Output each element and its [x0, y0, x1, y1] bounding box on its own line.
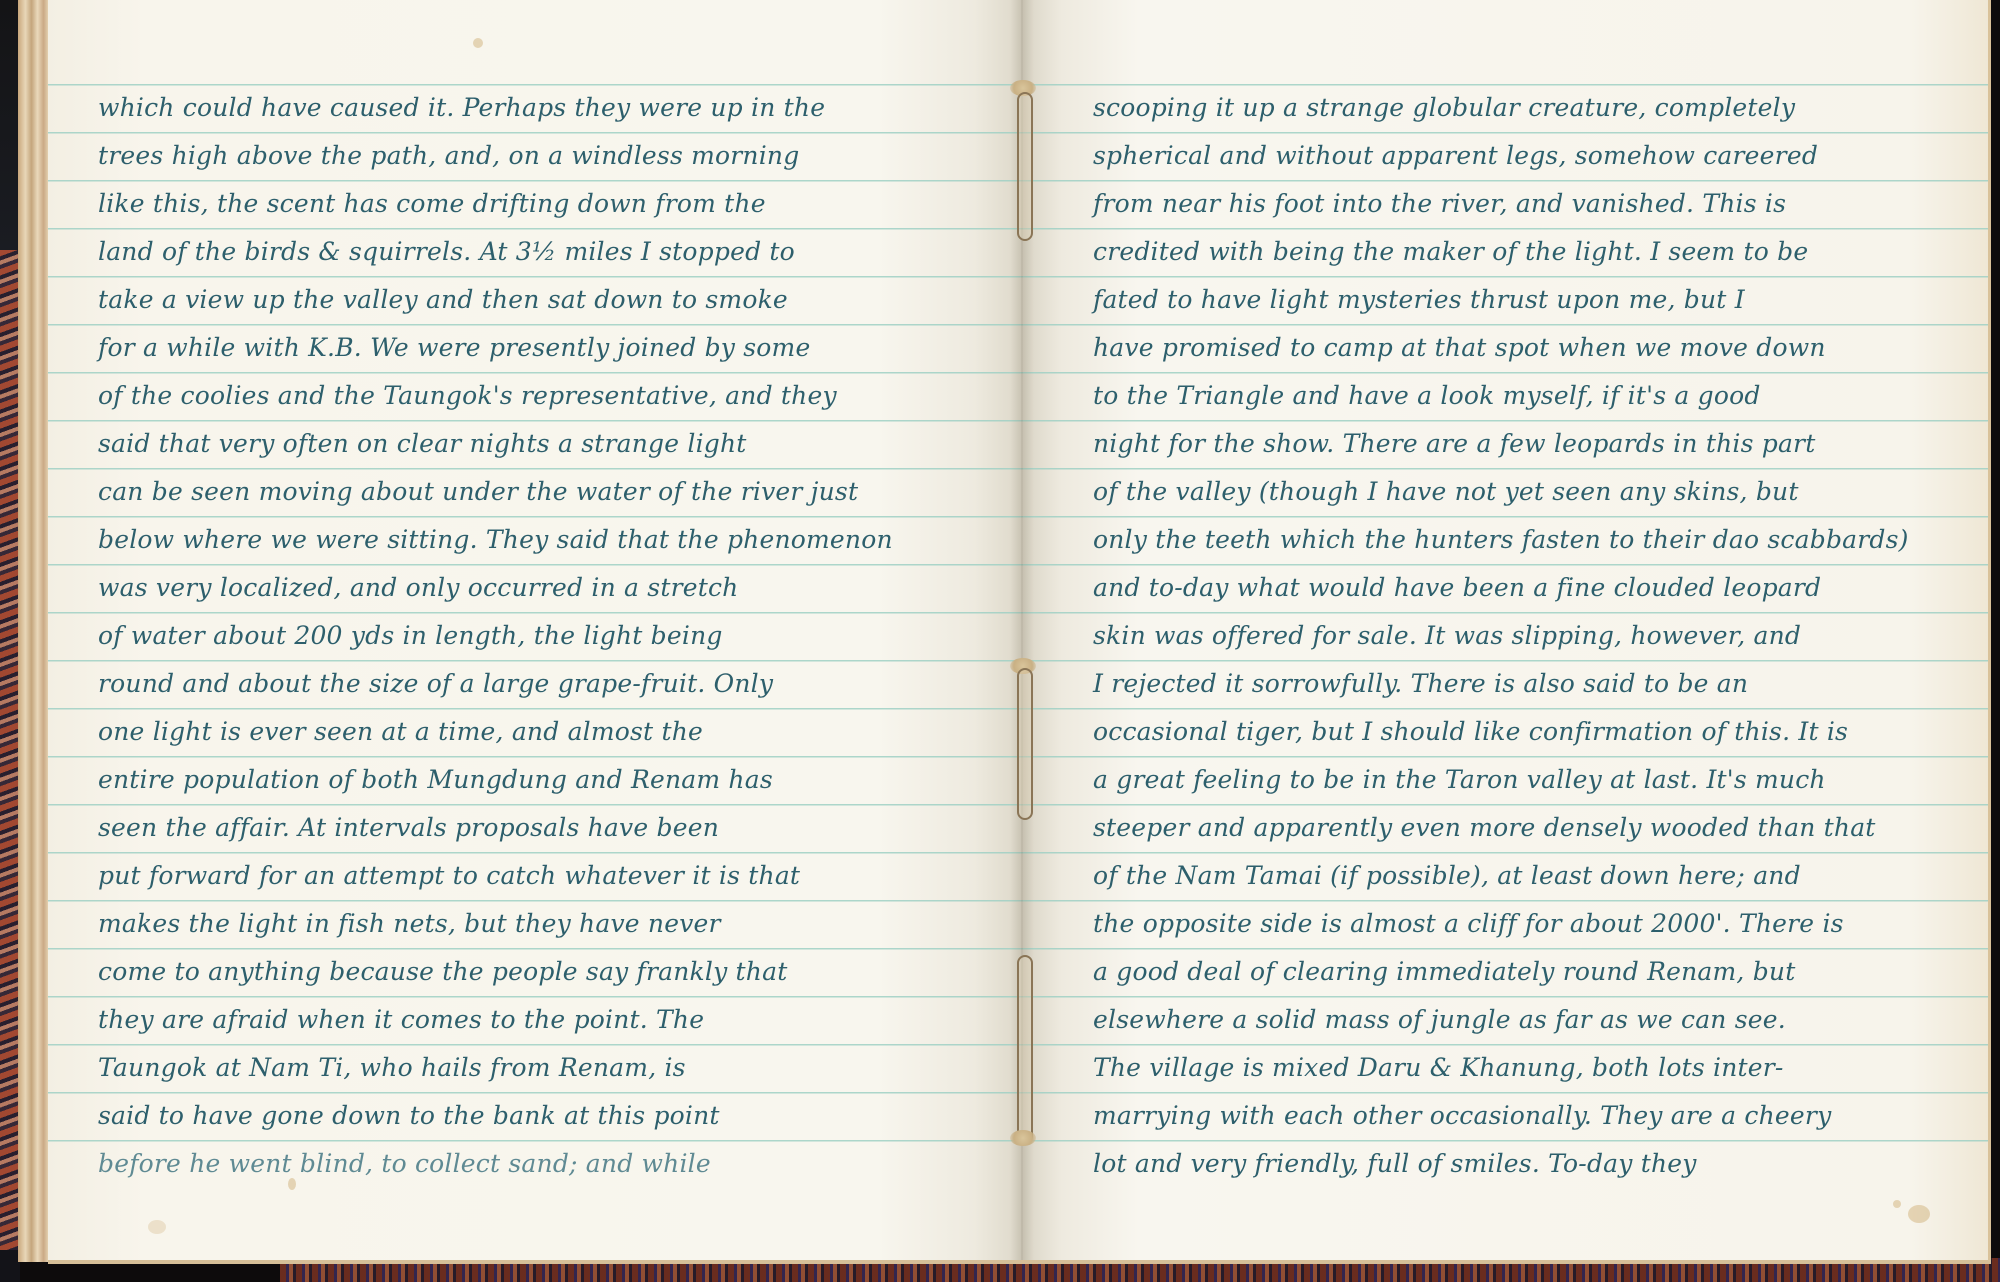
- handwritten-line: take a view up the valley and then sat d…: [98, 276, 1023, 324]
- handwritten-line: scooping it up a strange globular creatu…: [1093, 84, 1988, 132]
- left-page: which could have caused it. Perhaps they…: [48, 0, 1023, 1264]
- binding-stitch: [1017, 955, 1033, 1144]
- binding-stitch: [1017, 668, 1033, 820]
- handwritten-line: seen the affair. At intervals proposals …: [98, 804, 1023, 852]
- handwritten-line: to the Triangle and have a look myself, …: [1093, 372, 1988, 420]
- handwritten-line: from near his foot into the river, and v…: [1093, 180, 1988, 228]
- handwritten-line: lot and very friendly, full of smiles. T…: [1093, 1140, 1988, 1188]
- notebook-scan: which could have caused it. Perhaps they…: [0, 0, 2000, 1282]
- handwritten-line: a great feeling to be in the Taron valle…: [1093, 756, 1988, 804]
- handwritten-line: come to anything because the people say …: [98, 948, 1023, 996]
- handwritten-line: steeper and apparently even more densely…: [1093, 804, 1988, 852]
- handwritten-line: fated to have light mysteries thrust upo…: [1093, 276, 1988, 324]
- right-page: scooping it up a strange globular creatu…: [1023, 0, 1991, 1264]
- handwritten-line: round and about the size of a large grap…: [98, 660, 1023, 708]
- handwritten-line: marrying with each other occasionally. T…: [1093, 1092, 1988, 1140]
- handwritten-line: a good deal of clearing immediately roun…: [1093, 948, 1988, 996]
- marbled-edge-left: [0, 250, 18, 1250]
- handwritten-line: and to-day what would have been a fine c…: [1093, 564, 1988, 612]
- handwritten-line: of water about 200 yds in length, the li…: [98, 612, 1023, 660]
- handwritten-line: the opposite side is almost a cliff for …: [1093, 900, 1988, 948]
- right-page-text: scooping it up a strange globular creatu…: [1023, 84, 1988, 1188]
- foxing-stain: [1893, 1200, 1901, 1208]
- handwritten-line: The village is mixed Daru & Khanung, bot…: [1093, 1044, 1988, 1092]
- handwritten-line: which could have caused it. Perhaps they…: [98, 84, 1023, 132]
- handwritten-line: one light is ever seen at a time, and al…: [98, 708, 1023, 756]
- foxing-stain: [288, 1178, 296, 1190]
- foxing-stain: [148, 1220, 166, 1234]
- handwritten-line: have promised to camp at that spot when …: [1093, 324, 1988, 372]
- handwritten-line: before he went blind, to collect sand; a…: [98, 1140, 1023, 1188]
- handwritten-line: I rejected it sorrowfully. There is also…: [1093, 660, 1988, 708]
- handwritten-line: makes the light in fish nets, but they h…: [98, 900, 1023, 948]
- handwritten-line: said to have gone down to the bank at th…: [98, 1092, 1023, 1140]
- handwritten-line: like this, the scent has come drifting d…: [98, 180, 1023, 228]
- handwritten-line: Taungok at Nam Ti, who hails from Renam,…: [98, 1044, 1023, 1092]
- handwritten-line: credited with being the maker of the lig…: [1093, 228, 1988, 276]
- handwritten-line: for a while with K.B. We were presently …: [98, 324, 1023, 372]
- left-page-text: which could have caused it. Perhaps they…: [48, 84, 1023, 1188]
- handwritten-line: was very localized, and only occurred in…: [98, 564, 1023, 612]
- handwritten-line: occasional tiger, but I should like conf…: [1093, 708, 1988, 756]
- handwritten-line: below where we were sitting. They said t…: [98, 516, 1023, 564]
- handwritten-line: can be seen moving about under the water…: [98, 468, 1023, 516]
- handwritten-line: they are afraid when it comes to the poi…: [98, 996, 1023, 1044]
- page-stack-edge: [18, 0, 48, 1262]
- handwritten-line: only the teeth which the hunters fasten …: [1093, 516, 1988, 564]
- handwritten-line: entire population of both Mungdung and R…: [98, 756, 1023, 804]
- handwritten-line: said that very often on clear nights a s…: [98, 420, 1023, 468]
- handwritten-line: elsewhere a solid mass of jungle as far …: [1093, 996, 1988, 1044]
- binding-stitch: [1017, 92, 1033, 241]
- handwritten-line: trees high above the path, and, on a win…: [98, 132, 1023, 180]
- handwritten-line: put forward for an attempt to catch what…: [98, 852, 1023, 900]
- handwritten-line: of the valley (though I have not yet see…: [1093, 468, 1988, 516]
- foxing-stain: [1908, 1205, 1930, 1223]
- handwritten-line: night for the show. There are a few leop…: [1093, 420, 1988, 468]
- foxing-stain: [473, 38, 483, 48]
- handwritten-line: land of the birds & squirrels. At 3½ mil…: [98, 228, 1023, 276]
- handwritten-line: spherical and without apparent legs, som…: [1093, 132, 1988, 180]
- handwritten-line: skin was offered for sale. It was slippi…: [1093, 612, 1988, 660]
- handwritten-line: of the Nam Tamai (if possible), at least…: [1093, 852, 1988, 900]
- binding-knot: [1010, 1130, 1036, 1146]
- handwritten-line: of the coolies and the Taungok's represe…: [98, 372, 1023, 420]
